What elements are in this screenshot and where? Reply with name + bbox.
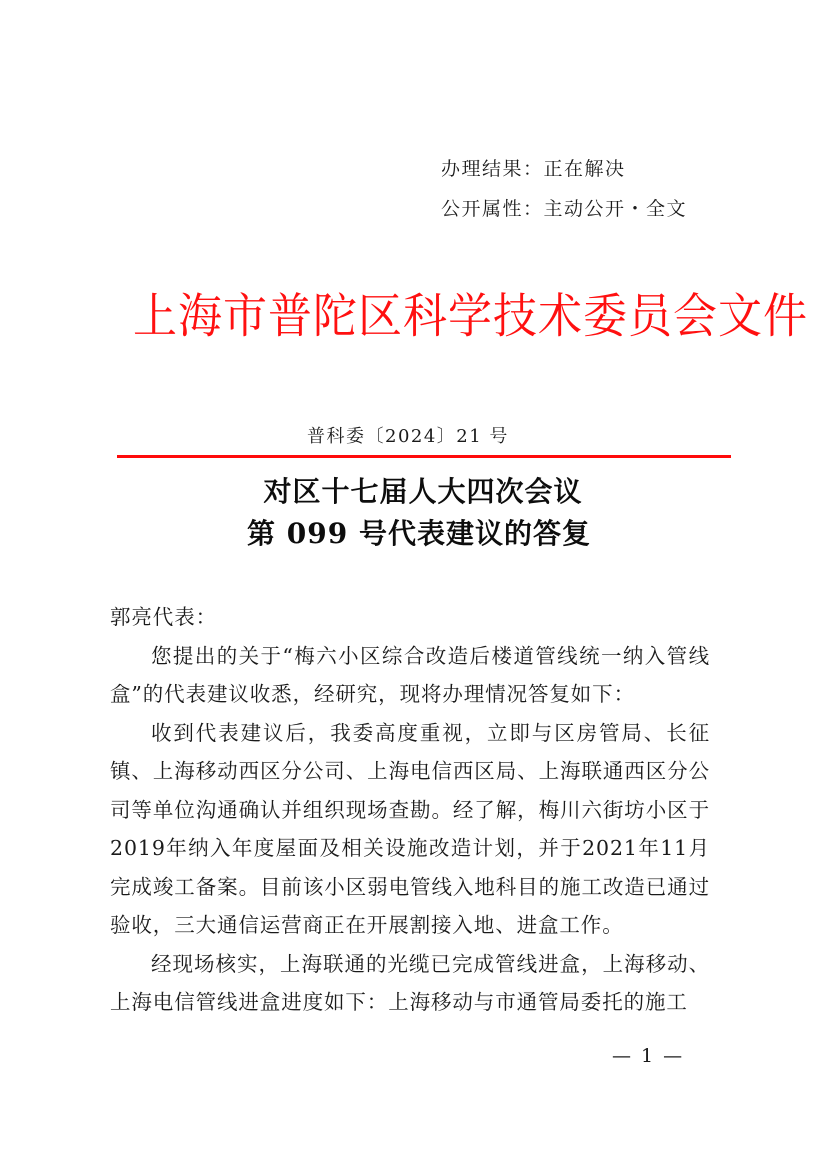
document-title-line-2: 第 099 号代表建议的答复 — [8, 516, 822, 552]
body-paragraph: 您提出的关于“梅六小区综合改造后楼道管线统一纳入管线盒”的代表建议收悉，经研究，… — [110, 637, 710, 714]
disclosure-value: 主动公开・全文 — [544, 198, 688, 220]
issuer-title: 上海市普陀区科学技术委员会文件 — [133, 288, 733, 346]
body-paragraph: 收到代表建议后，我委高度重视，立即与区房管局、长征镇、上海移动西区分公司、上海电… — [110, 714, 710, 945]
salutation: 郭亮代表： — [110, 598, 710, 637]
red-divider-rule — [117, 455, 731, 458]
disclosure-label: 公开属性： — [441, 198, 544, 220]
document-title-line-1: 对区十七届人大四次会议 — [12, 474, 822, 510]
processing-result-value: 正在解决 — [544, 158, 626, 180]
processing-result-label: 办理结果： — [441, 158, 544, 180]
document-body: 郭亮代表： 您提出的关于“梅六小区综合改造后楼道管线统一纳入管线盒”的代表建议收… — [110, 598, 710, 1022]
document-number: 普科委〔2024〕21 号 — [307, 425, 509, 449]
page-number: — 1 — — [612, 1044, 684, 1068]
body-paragraph: 经现场核实，上海联通的光缆已完成管线进盒，上海移动、上海电信管线进盒进度如下：上… — [110, 945, 710, 1022]
processing-result: 办理结果：正在解决 — [441, 157, 626, 181]
disclosure-attribute: 公开属性：主动公开・全文 — [441, 197, 687, 221]
